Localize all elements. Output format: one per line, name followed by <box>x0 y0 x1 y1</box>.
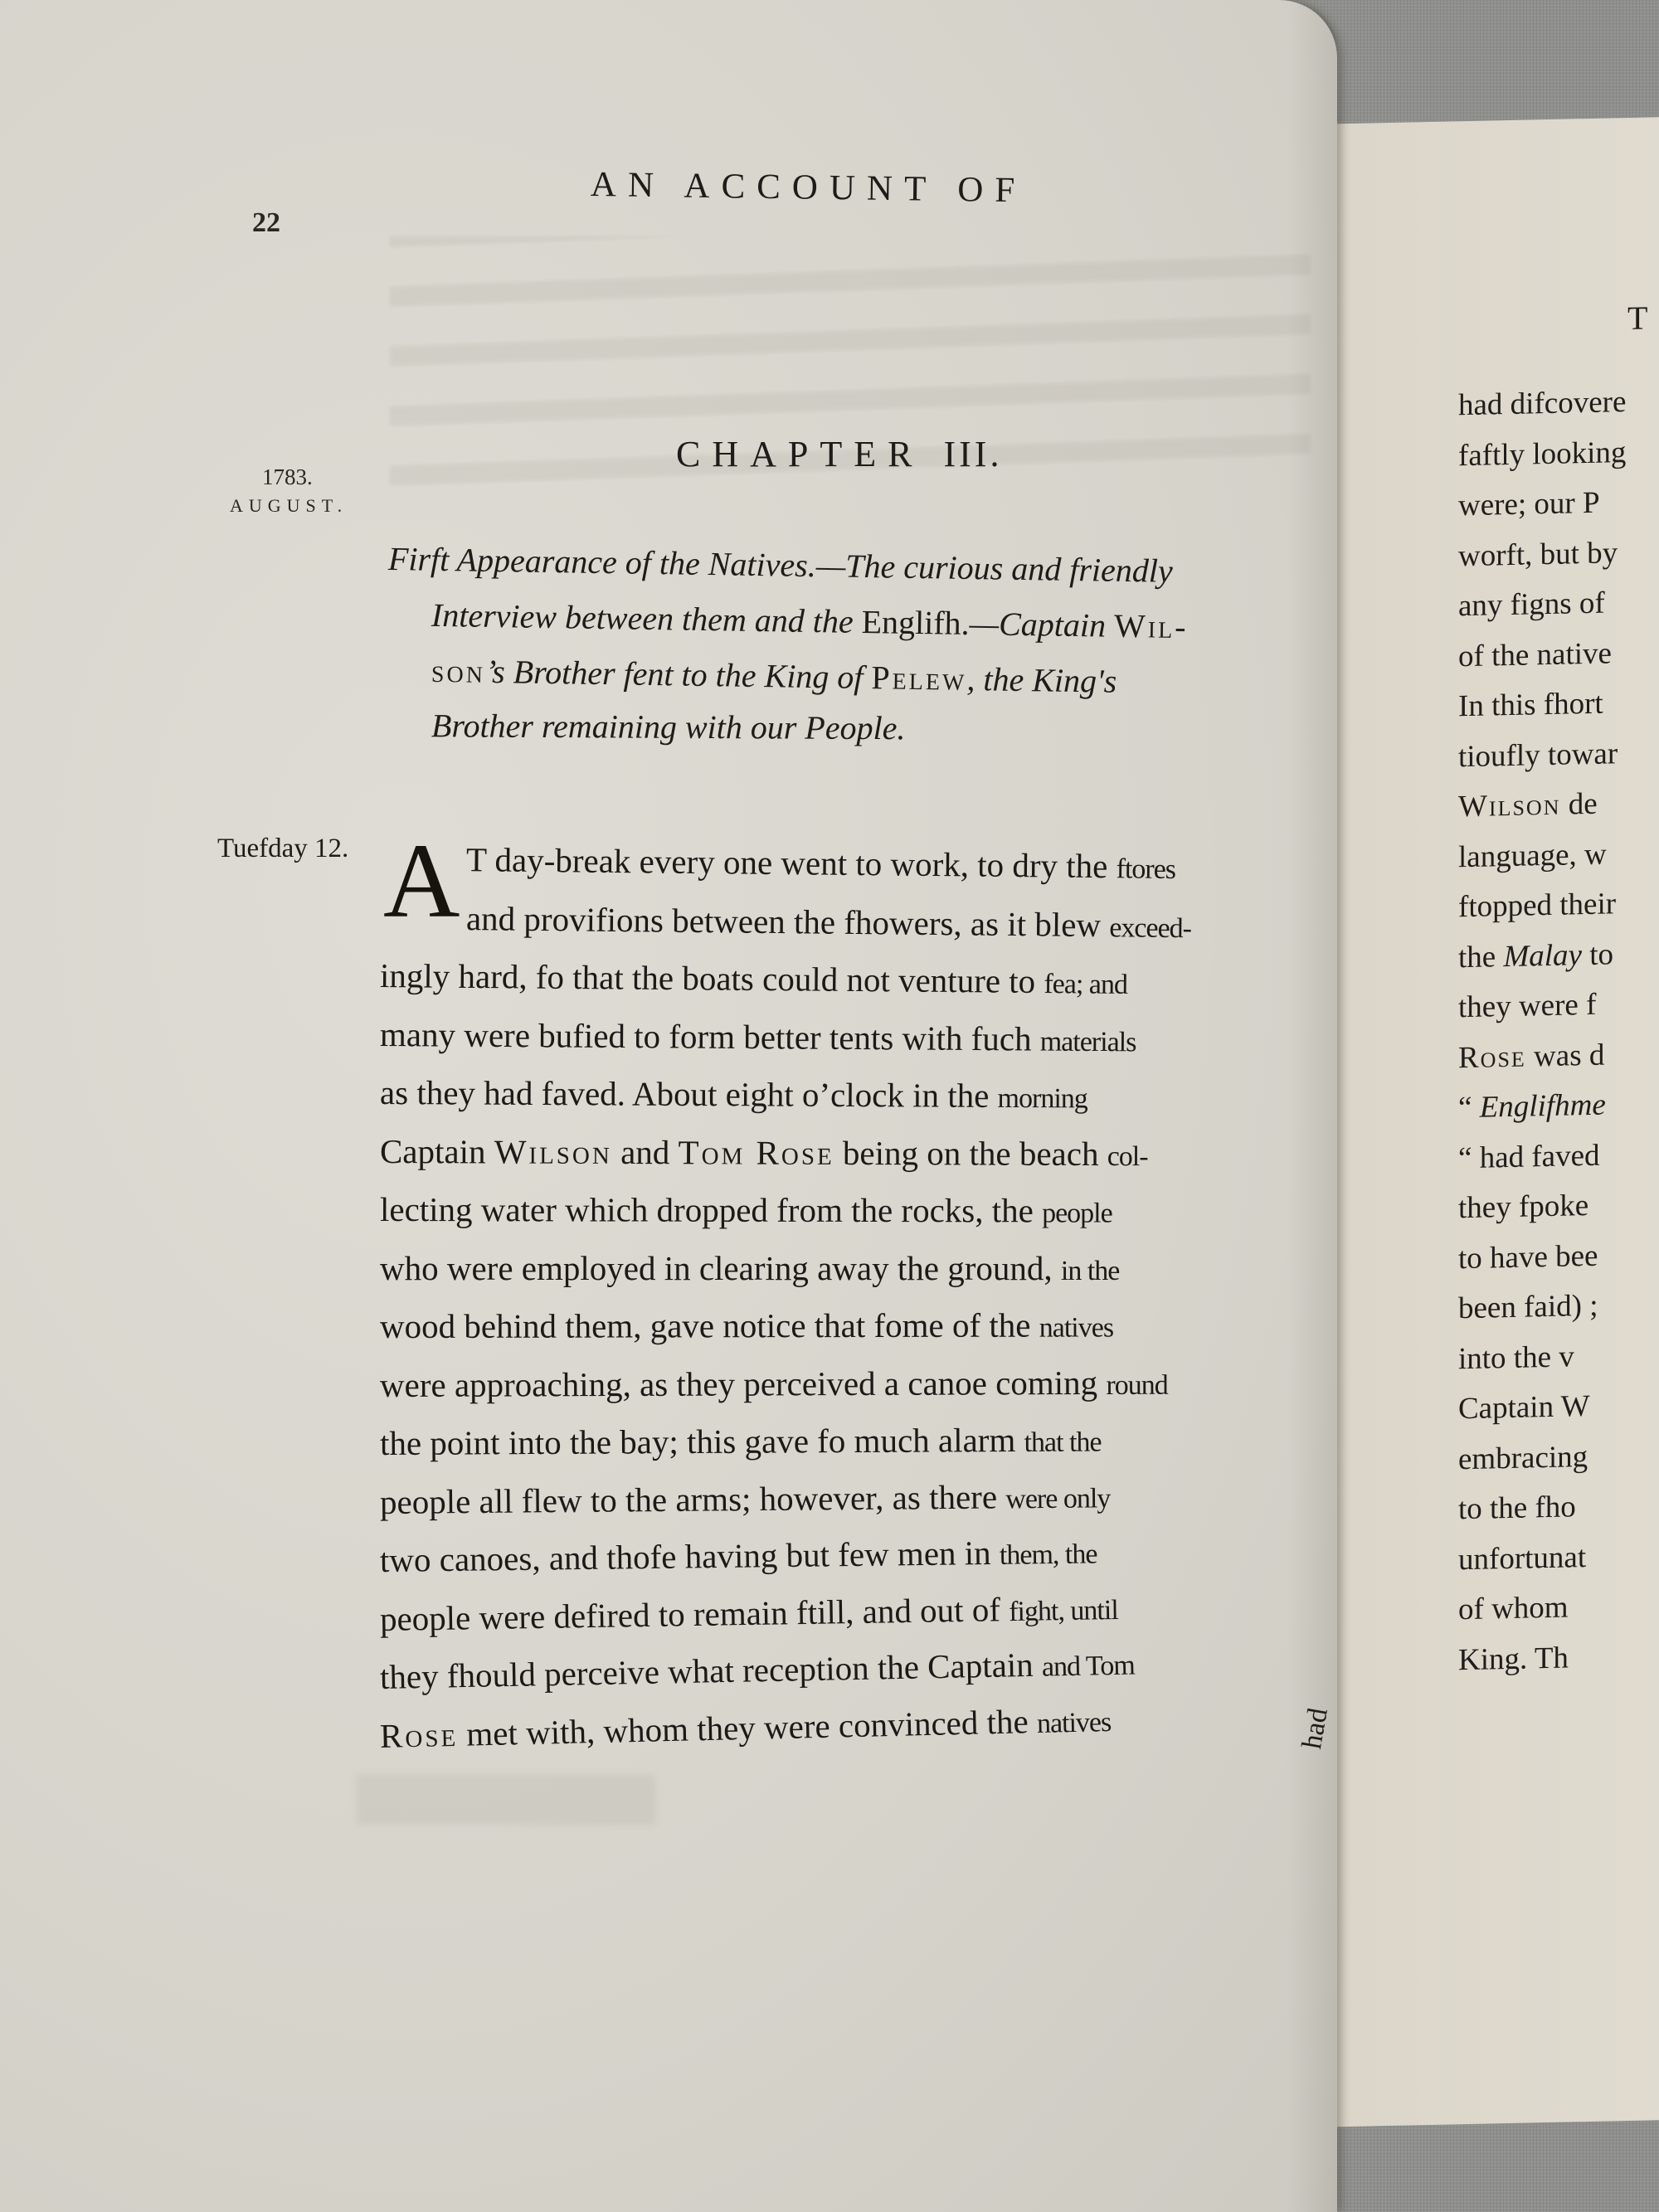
body-line: ingly hard, fo that the boats could not … <box>380 946 1326 1013</box>
text-line: been faid) ; <box>1458 1277 1659 1334</box>
text-fragment: being on the beach <box>834 1133 1107 1172</box>
chapter-heading: CHAPTERIII. <box>676 433 1002 475</box>
text-fragment: to <box>1582 937 1613 972</box>
text-fragment: ftores <box>1116 853 1175 885</box>
text-fragment: as they had faved. About eight o’clock i… <box>380 1073 998 1115</box>
text-line: of whom <box>1458 1578 1659 1636</box>
body-line: Captain Wilson and Tom Rose being on the… <box>380 1122 1326 1184</box>
quote-mark: “ <box>1458 1091 1480 1125</box>
show-through-texture <box>357 1775 655 1825</box>
text-fragment: and provifions between the fhowers, as i… <box>466 899 1110 944</box>
text-fragment: them, the <box>1000 1539 1097 1570</box>
text-fragment: were only <box>1005 1483 1110 1514</box>
margin-note-year: 1783. <box>262 464 313 490</box>
small-caps-name: son <box>431 652 486 690</box>
text-line: ftopped their <box>1458 876 1659 933</box>
text-line: unfortunat <box>1458 1528 1659 1585</box>
text-fragment: people were defired to remain ftill, and… <box>380 1590 1010 1638</box>
text-fragment: they fhould perceive what reception the … <box>380 1646 1043 1696</box>
text-fragment: natives <box>1037 1707 1112 1739</box>
text-line: In this fhort <box>1458 675 1659 732</box>
italic-word: Malay <box>1503 938 1582 974</box>
summary-line: Brother remaining with our People. <box>388 698 1317 758</box>
text-line: embracing <box>1458 1427 1659 1485</box>
text-fragment: de <box>1560 787 1597 822</box>
body-line: many were bufied to form better tents wi… <box>380 1005 1326 1070</box>
small-caps-name: Rose <box>379 1714 458 1754</box>
text-line: Captain W <box>1458 1378 1659 1435</box>
text-fragment: met with, whom they were convinced the <box>458 1702 1038 1753</box>
italic-word: Englifhme <box>1480 1088 1606 1125</box>
text-fragment: Captain <box>380 1132 494 1170</box>
text-line: into the v <box>1458 1327 1659 1384</box>
text-line: “ had faved <box>1458 1126 1659 1184</box>
text-fragment: were approaching, as they perceived a ca… <box>380 1363 1107 1403</box>
text-fragment: the point into the bay; this gave fo muc… <box>380 1421 1024 1462</box>
text-fragment: people all flew to the arms; however, as… <box>380 1477 1006 1521</box>
text-fragment: two canoes, and thofe having but few men… <box>380 1534 1000 1579</box>
chapter-number: III. <box>943 434 1002 474</box>
body-line: and provifions between the fhowers, as i… <box>380 888 1326 956</box>
text-line: tioufly towar <box>1458 725 1659 782</box>
text-line: were; our P <box>1458 474 1659 532</box>
text-fragment: round <box>1106 1369 1167 1400</box>
text-fragment: Interview between them and the <box>431 596 862 640</box>
text-line: had difcovere <box>1458 374 1659 431</box>
facing-page: T had difcovere faftly looking were; our… <box>1311 117 1659 2127</box>
text-fragment: fight, until <box>1009 1595 1118 1627</box>
text-fragment: who were employed in clearing away the g… <box>380 1249 1061 1287</box>
text-line: Wilson de <box>1458 775 1659 833</box>
text-fragment: T day-break every one went to work, to d… <box>466 840 1117 885</box>
text-fragment: many were bufied to form better tents wi… <box>380 1015 1040 1058</box>
text-fragment: , the King's <box>966 660 1117 700</box>
text-line: they were f <box>1458 976 1659 1033</box>
text-line: to the fho <box>1458 1478 1659 1535</box>
facing-page-running-head: T <box>1627 298 1651 338</box>
text-line: they fpoke <box>1458 1177 1659 1234</box>
margin-date: Tuefday 12. <box>217 834 348 864</box>
chapter-summary: Firft Appearance of the Natives.—The cur… <box>388 531 1317 753</box>
text-fragment: fea; and <box>1044 969 1127 1000</box>
small-caps-name: Wilson <box>1458 788 1560 824</box>
text-line: faftly looking <box>1458 424 1659 481</box>
text-fragment: ingly hard, fo that the boats could not … <box>380 956 1044 1000</box>
text-fragment: in the <box>1061 1256 1119 1286</box>
text-fragment: wood behind them, gave notice that fome … <box>380 1306 1039 1345</box>
facing-page-text: had difcovere faftly looking were; our P… <box>1458 374 1659 1685</box>
body-line: as they had faved. About eight o’clock i… <box>380 1063 1326 1126</box>
small-caps-name: Wilson <box>494 1132 612 1170</box>
chapter-label: CHAPTER <box>676 434 923 474</box>
text-fragment: that the <box>1024 1427 1101 1457</box>
text-fragment: col- <box>1107 1141 1148 1172</box>
text-fragment: people <box>1042 1198 1112 1228</box>
text-line: Rose was d <box>1458 1026 1659 1083</box>
body-line: lecting water which dropped from the roc… <box>380 1180 1326 1240</box>
text-fragment: —Captain <box>969 605 1114 644</box>
quote-mark: “ <box>1458 1140 1480 1175</box>
book-page: 22 AN ACCOUNT OF 1783. AUGUST. CHAPTERII… <box>0 0 1337 2212</box>
body-paragraph: T day-break every one went to work, to d… <box>380 829 1326 1765</box>
text-line: “ Englifhme <box>1458 1077 1659 1134</box>
text-fragment: and Tom <box>1042 1650 1136 1683</box>
text-fragment: lecting water which dropped from the roc… <box>380 1190 1042 1229</box>
text-fragment: was d <box>1526 1038 1605 1073</box>
text-line: any figns of <box>1458 575 1659 632</box>
small-caps-name: Tom Rose <box>678 1133 834 1172</box>
small-caps-name: Pelew <box>871 659 967 698</box>
text-fragment: had faved <box>1480 1138 1600 1174</box>
page-number: 22 <box>252 207 280 239</box>
roman-word: Englifh. <box>861 603 970 642</box>
text-line: King. Th <box>1458 1628 1659 1685</box>
text-fragment: ’s Brother fent to the King of <box>485 653 872 696</box>
running-head: AN ACCOUNT OF <box>591 164 1027 211</box>
small-caps-name: Rose <box>1458 1039 1526 1075</box>
text-line: worft, but by <box>1458 524 1659 581</box>
small-caps-name: Wil- <box>1114 607 1189 645</box>
body-line: were approaching, as they perceived a ca… <box>380 1353 1326 1414</box>
text-line: of the native <box>1458 625 1659 682</box>
body-line: who were employed in clearing away the g… <box>380 1239 1326 1298</box>
catchword: had <box>1297 1706 1335 1752</box>
text-fragment: the <box>1458 940 1503 975</box>
text-fragment: exceed- <box>1109 912 1191 944</box>
margin-note-month: AUGUST. <box>230 495 348 517</box>
body-line: wood behind them, gave notice that fome … <box>380 1296 1326 1355</box>
text-fragment: natives <box>1039 1312 1113 1343</box>
text-line: language, w <box>1458 825 1659 882</box>
body-line: T day-break every one went to work, to d… <box>380 829 1326 897</box>
text-line: the Malay to <box>1458 926 1659 983</box>
body-line: the point into the bay; this gave fo muc… <box>380 1409 1326 1472</box>
text-fragment: and <box>612 1132 679 1170</box>
text-fragment: materials <box>1040 1026 1136 1057</box>
text-line: to have bee <box>1458 1227 1659 1284</box>
text-fragment: morning <box>998 1083 1087 1115</box>
